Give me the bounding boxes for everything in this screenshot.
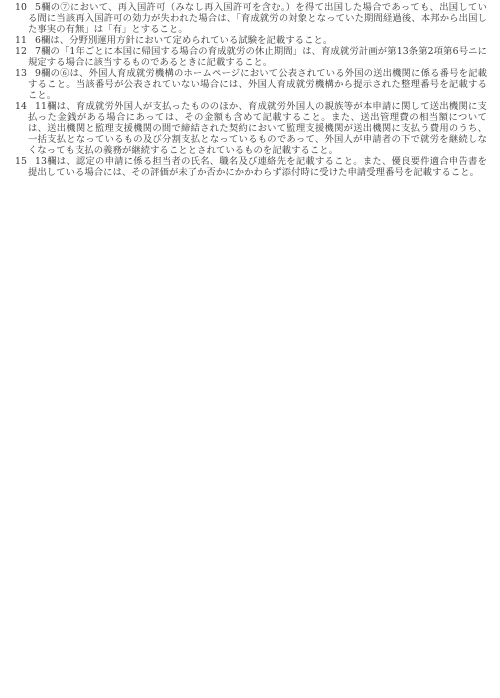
document-page: 105欄の⑦において、再入国許可（みなし再入国許可を含む。）を得て出国した場合で… (0, 0, 500, 698)
item-text: 13欄は、認定の申請に係る担当者の氏名、職名及び連絡先を記載すること。また、優良… (28, 156, 487, 178)
item-text: 5欄の⑦において、再入国許可（みなし再入国許可を含む。）を得て出国した場合であっ… (28, 2, 487, 35)
item-number: 11 (15, 35, 27, 46)
item-number: 14 (15, 101, 27, 112)
item-number: 13 (15, 68, 27, 79)
list-item: 116欄は、分野別運用方針において定められている試験を記載すること。 (15, 35, 487, 46)
item-text: 11欄は、育成就労外国人が支払ったもののほか、育成就労外国人の親族等が本申請に関… (28, 101, 487, 156)
item-number: 10 (15, 2, 27, 13)
item-number: 15 (15, 156, 27, 167)
list-item: 139欄の⑥は、外国人育成就労機構のホームページにおいて公表されている外国の送出… (15, 68, 487, 101)
item-number: 12 (15, 46, 27, 57)
list-item: 1411欄は、育成就労外国人が支払ったもののほか、育成就労外国人の親族等が本申請… (15, 101, 487, 156)
item-text: 9欄の⑥は、外国人育成就労機構のホームページにおいて公表されている外国の送出機関… (28, 68, 487, 101)
instruction-list: 105欄の⑦において、再入国許可（みなし再入国許可を含む。）を得て出国した場合で… (15, 2, 487, 178)
item-text: 7欄の「1年ごとに本国に帰国する場合の育成就労の休止期間」は、育成就労計画が第1… (28, 46, 487, 68)
item-text: 6欄は、分野別運用方針において定められている試験を記載すること。 (35, 35, 332, 46)
list-item: 1513欄は、認定の申請に係る担当者の氏名、職名及び連絡先を記載すること。また、… (15, 156, 487, 178)
list-item: 127欄の「1年ごとに本国に帰国する場合の育成就労の休止期間」は、育成就労計画が… (15, 46, 487, 68)
list-item: 105欄の⑦において、再入国許可（みなし再入国許可を含む。）を得て出国した場合で… (15, 2, 487, 35)
